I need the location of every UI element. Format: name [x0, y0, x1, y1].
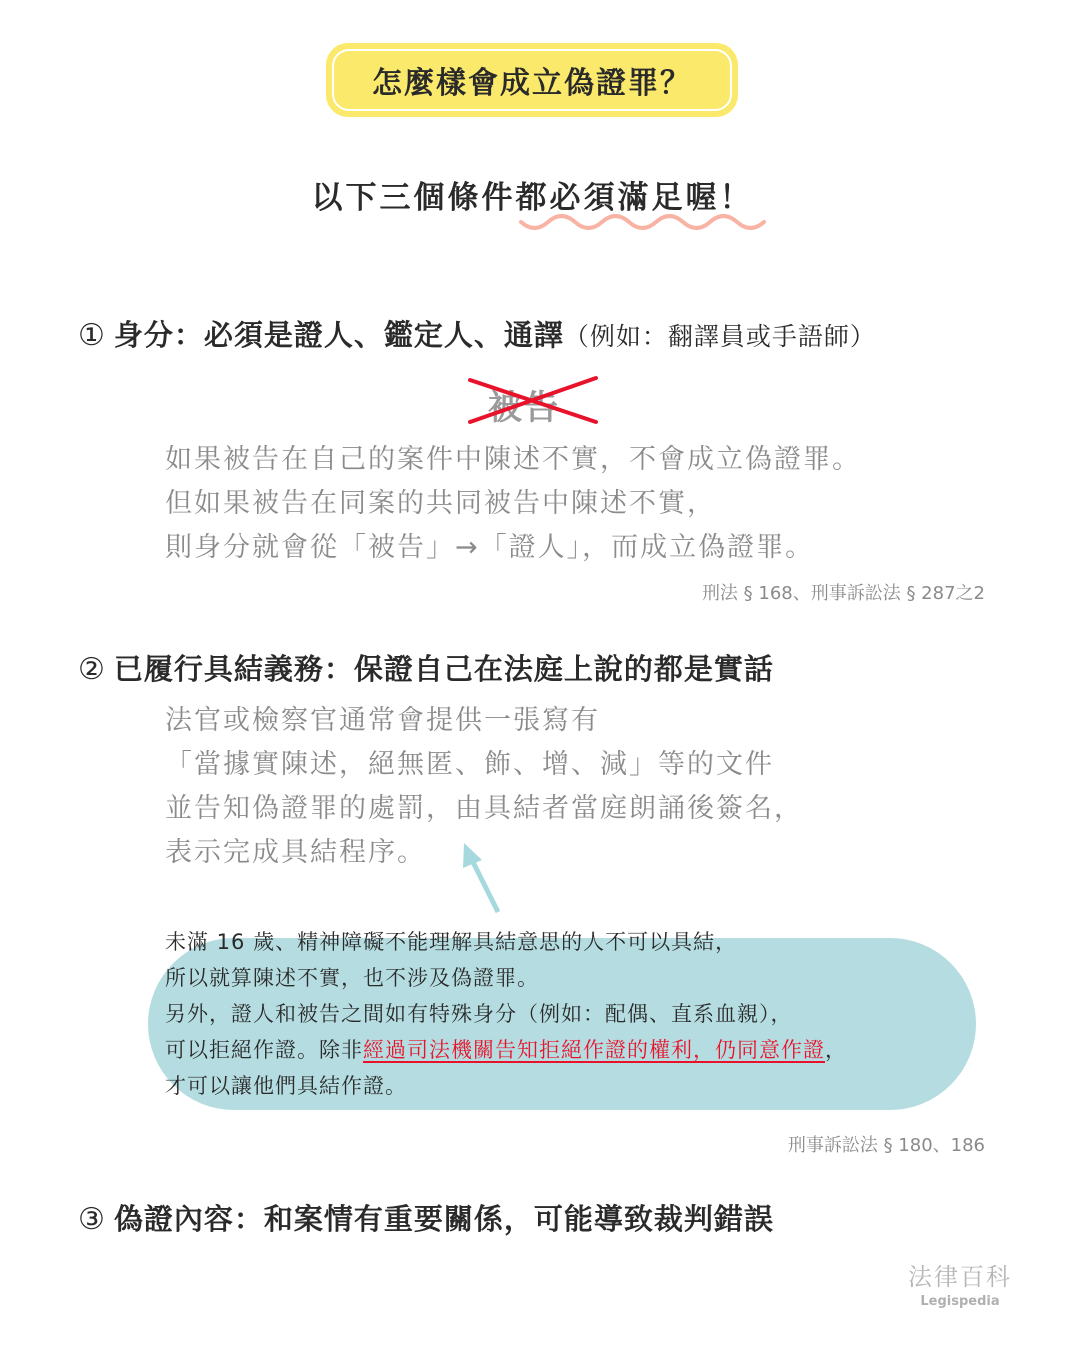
paragraph-line: 法官或檢察官通常會提供一張寫有 [165, 699, 803, 743]
section-1-heading: ①身分：必須是證人、鑑定人、通譯（例如：翻譯員或手語師） [78, 313, 876, 354]
paragraph-line: 但如果被告在同案的共同被告中陳述不實， [165, 482, 861, 526]
title-badge-inner: 怎麼樣會成立偽證罪？ [332, 49, 732, 111]
paragraph-line: 「當據實陳述，絕無匿、飾、增、減」等的文件 [165, 743, 803, 787]
brand-logo: 法律百科 Legispedia [905, 1257, 1015, 1309]
paragraph-line: 如果被告在自己的案件中陳述不實，不會成立偽證罪。 [165, 438, 861, 482]
highlighted-condition: 經過司法機關告知拒絕作證的權利，仍同意作證 [363, 1038, 825, 1062]
brand-name-en: Legispedia [905, 1294, 1015, 1309]
note-line: 可以拒絕作證。除非經過司法機關告知拒絕作證的權利，仍同意作證， [165, 1032, 847, 1068]
section-1-paragraph: 如果被告在自己的案件中陳述不實，不會成立偽證罪。 但如果被告在同案的共同被告中陳… [165, 438, 861, 570]
section-3-heading: ③偽證內容：和案情有重要關係，可能導致裁判錯誤 [78, 1197, 774, 1238]
note-line: 所以就算陳述不實，也不涉及偽證罪。 [165, 960, 847, 996]
note-line: 未滿 16 歲、精神障礙不能理解具結意思的人不可以具結， [165, 924, 847, 960]
title-badge: 怎麼樣會成立偽證罪？ [326, 43, 738, 117]
section-2-heading: ②已履行具結義務：保證自己在法庭上說的都是實話 [78, 647, 774, 688]
note-text: ， [825, 1038, 847, 1062]
note-text: 可以拒絕作證。除非 [165, 1038, 363, 1062]
paragraph-line: 則身分就會從「被告」→「證人」，而成立偽證罪。 [165, 526, 861, 570]
subtitle: 以下三個條件都必須滿足喔！ [0, 172, 1065, 217]
circled-number-1: ① [78, 318, 106, 353]
wavy-underline-icon [518, 214, 768, 236]
paragraph-line: 並告知偽證罪的處罰，由具結者當庭朗誦後簽名， [165, 787, 803, 831]
brand-name-zh: 法律百科 [905, 1257, 1015, 1292]
circled-number-2: ② [78, 652, 106, 687]
section-3-title: 偽證內容：和案情有重要關係，可能導致裁判錯誤 [114, 1202, 774, 1236]
cross-out-icon [466, 374, 602, 426]
section-1-citation: 刑法 § 168、刑事訴訟法 § 287之2 [702, 579, 985, 605]
arrow-up-icon [455, 838, 515, 918]
section-2-note: 未滿 16 歲、精神障礙不能理解具結意思的人不可以具結， 所以就算陳述不實，也不… [165, 924, 847, 1104]
section-2-title: 已履行具結義務：保證自己在法庭上說的都是實話 [114, 652, 774, 686]
note-line: 才可以讓他們具結作證。 [165, 1068, 847, 1104]
note-line: 另外，證人和被告之間如有特殊身分（例如：配偶、直系血親）， [165, 996, 847, 1032]
section-1-example: （例如：翻譯員或手語師） [564, 322, 876, 351]
section-1-title: 身分：必須是證人、鑑定人、通譯 [114, 318, 564, 352]
page-title: 怎麼樣會成立偽證罪？ [372, 58, 692, 102]
circled-number-3: ③ [78, 1202, 106, 1237]
section-2-citation: 刑事訴訟法 § 180、186 [788, 1131, 985, 1157]
